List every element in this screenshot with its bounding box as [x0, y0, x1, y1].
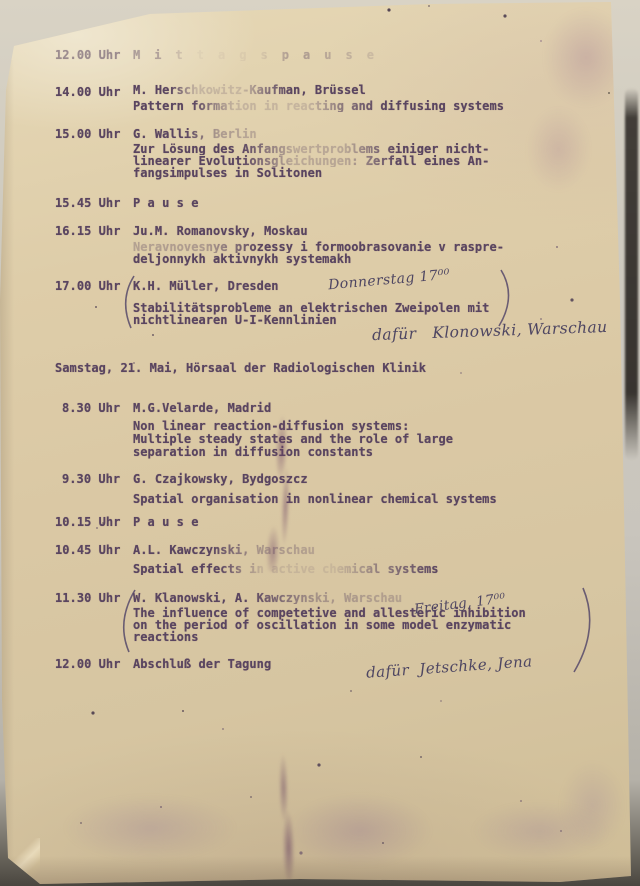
stain-mottle — [520, 0, 630, 230]
stain-mottle — [545, 740, 640, 870]
paren-close-talk5 — [499, 270, 509, 326]
ink-stain-streak — [257, 409, 305, 572]
paren-open-talk5 — [126, 276, 134, 328]
paren-open-talk10 — [124, 590, 135, 652]
paper-shadow — [0, 60, 14, 860]
paper-shadow — [0, 856, 640, 886]
dirt-specks — [0, 0, 2, 2]
paren-close-talk10 — [574, 588, 590, 672]
paper-sheet: 12.00 Uhr M i t t a g s p a u s e 14.00 … — [0, 0, 640, 886]
background-object — [625, 88, 638, 460]
photo-of-document: { "document": { "kind": "typewritten con… — [0, 0, 640, 886]
